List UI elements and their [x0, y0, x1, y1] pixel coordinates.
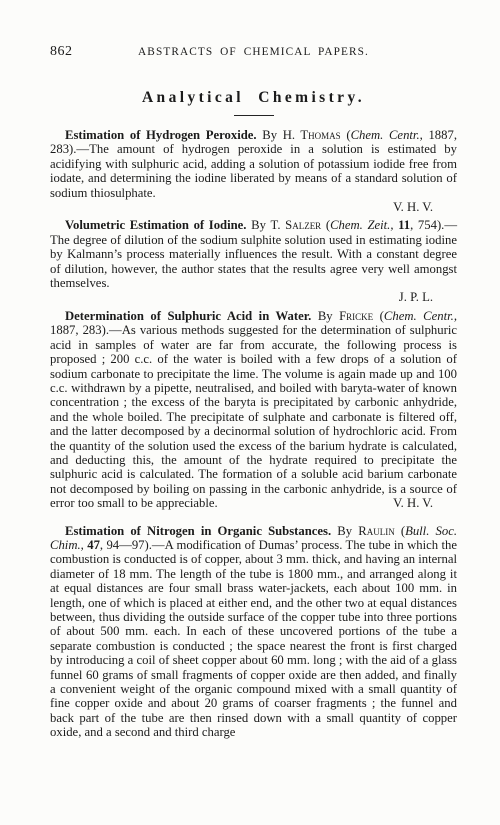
reviewer-initials: V. H. V.	[393, 200, 433, 214]
journal-page: 862 ABSTRACTS OF CHEMICAL PAPERS. Analyt…	[0, 0, 500, 740]
abstract-entry-volumetric-iodine: Volumetric Estimation of Iodine. By T. S…	[50, 218, 457, 304]
abstract-body: A modification of Dumas’ process. The tu…	[50, 538, 457, 739]
abstract-paragraph: Estimation of Nitrogen in Organic Substa…	[50, 524, 457, 740]
abstract-title: Volumetric Estimation of Iodine.	[65, 218, 246, 232]
section-title-rule	[234, 115, 274, 116]
byline-by: By	[337, 524, 352, 538]
page-number: 862	[50, 44, 73, 60]
abstract-body: The amount of hydrogen peroxide in a sol…	[50, 142, 457, 199]
journal-ref: Chem. Centr.,	[351, 128, 429, 142]
reviewer-initials-row: V. H. V.	[50, 200, 457, 214]
page-header: 862 ABSTRACTS OF CHEMICAL PAPERS.	[50, 44, 457, 62]
abstract-author: H. Thomas	[283, 128, 341, 142]
abstract-title: Determination of Sulphuric Acid in Water…	[65, 309, 311, 323]
abstract-paragraph: Determination of Sulphuric Acid in Water…	[50, 309, 457, 511]
citation-tail: 1887, 283).—	[50, 323, 122, 337]
running-head: ABSTRACTS OF CHEMICAL PAPERS.	[50, 44, 457, 58]
byline-by: By	[251, 218, 266, 232]
journal-ref: Chem. Zeit.,	[330, 218, 398, 232]
abstract-paragraph: Estimation of Hydrogen Peroxide. By H. T…	[50, 128, 457, 200]
abstract-entry-sulphuric-acid-water: Determination of Sulphuric Acid in Water…	[50, 309, 457, 511]
abstract-title: Estimation of Nitrogen in Organic Substa…	[65, 524, 331, 538]
journal-volume: 47	[87, 538, 100, 552]
section-title: Analytical Chemistry.	[50, 89, 457, 107]
journal-ref: Chem. Centr.,	[384, 309, 457, 323]
abstract-paragraph: Volumetric Estimation of Iodine. By T. S…	[50, 218, 457, 290]
abstract-entry-nitrogen-organic: Estimation of Nitrogen in Organic Substa…	[50, 524, 457, 740]
reviewer-initials: V. H. V.	[378, 496, 433, 510]
abstract-body: As various methods suggested for the det…	[50, 323, 457, 510]
reviewer-initials-row: J. P. L.	[50, 290, 457, 304]
byline-by: By	[318, 309, 333, 323]
abstracts-column: Estimation of Hydrogen Peroxide. By H. T…	[50, 128, 457, 740]
abstract-body: The degree of dilution of the sodium sul…	[50, 233, 457, 290]
abstract-author: Fricke	[339, 309, 373, 323]
citation-tail: , 94—97).—	[100, 538, 165, 552]
journal-volume: 11	[398, 218, 410, 232]
abstract-author: T. Salzer	[271, 218, 322, 232]
byline-by: By	[262, 128, 277, 142]
abstract-author: Raulin	[358, 524, 394, 538]
citation-tail: , 754).—	[410, 218, 457, 232]
reviewer-initials: J. P. L.	[399, 290, 433, 304]
abstract-title: Estimation of Hydrogen Peroxide.	[65, 128, 257, 142]
abstract-entry-hydrogen-peroxide: Estimation of Hydrogen Peroxide. By H. T…	[50, 128, 457, 214]
